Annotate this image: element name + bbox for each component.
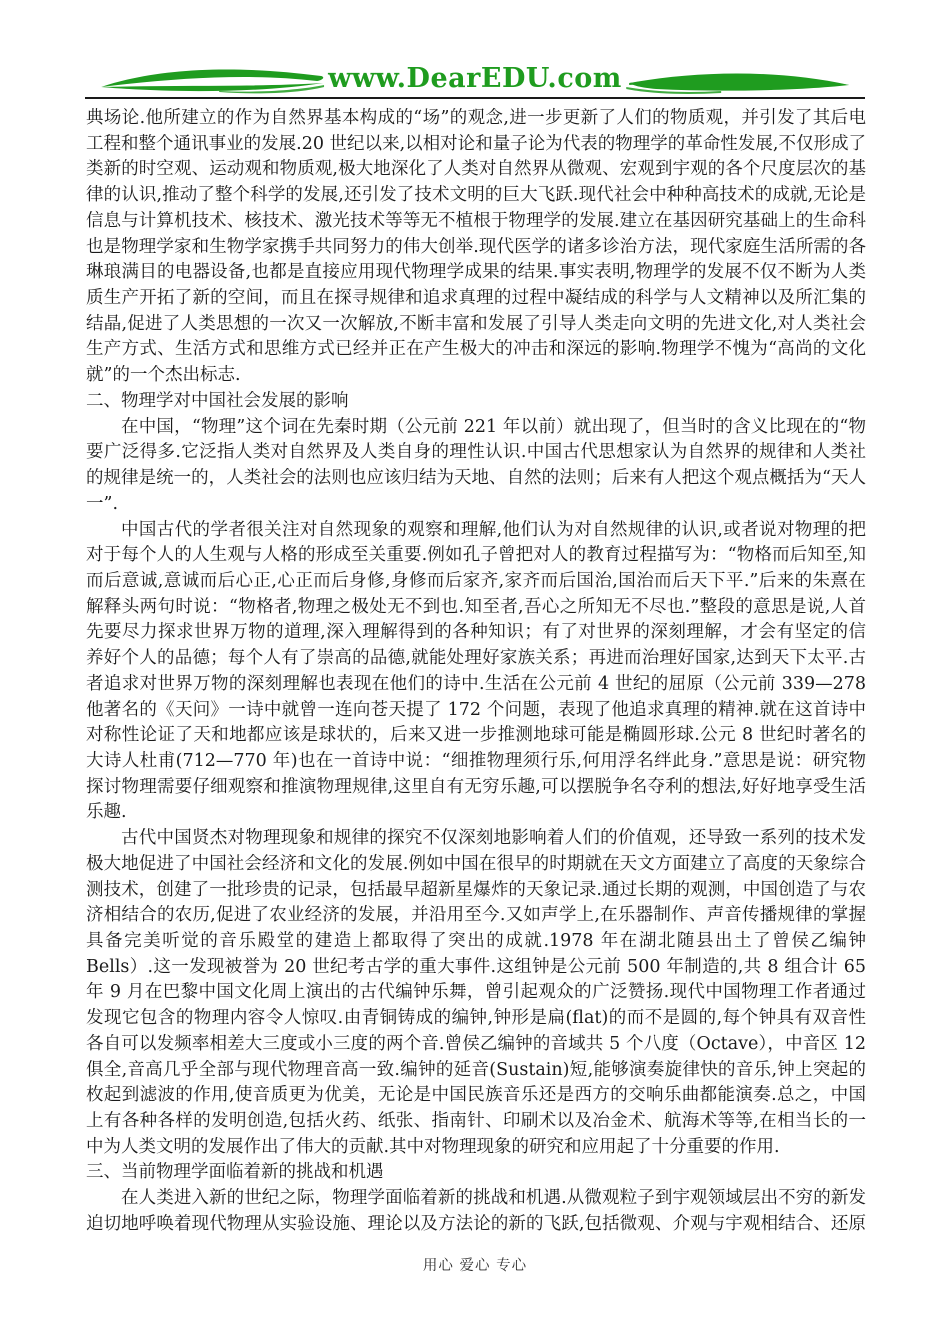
text-line: 中为人类文明的发展作出了伟大的贡献.其中对物理现象的研究和应用起了十分重要的作用… xyxy=(86,1135,866,1161)
text-line: 要广泛得多.它泛指人类对自然界及人类自身的理性认识.中国古代思想家认为自然界的规… xyxy=(86,440,866,466)
text-line: 对于每个人的人生观与人格的形成至关重要.例如孔子曾把对人的教育过程描写为：“物格… xyxy=(86,543,866,569)
text-line: 对称性论证了天和地都应该是球状的，后来又进一步推测地球可能是椭圆形球.公元 8 … xyxy=(86,723,866,749)
logo-text: www.DearEDU.com xyxy=(328,64,622,94)
text-line: 在中国，“物理”这个词在先秦时期（公元前 221 年以前）就出现了，但当时的含义… xyxy=(86,415,866,441)
text-line: 俱全,音高几乎全部与现代物理音高一致.编钟的延音(Sustain)短,能够演奏旋… xyxy=(86,1058,866,1084)
text-line: 古代中国贤杰对物理现象和规律的探究不仅深刻地影响着人们的价值观，还导致一系列的技… xyxy=(86,826,866,852)
text-line: 解释头两句时说：“物格者,物理之极处无不到也.知至者,吾心之所知无不尽也.”整段… xyxy=(86,595,866,621)
text-line: 上有各种各样的发明创造,包括火药、纸张、指南针、印刷术以及冶金术、航海术等等,在… xyxy=(86,1109,866,1135)
text-line: 质生产开拓了新的空间，而且在探寻规律和追求真理的过程中凝结成的科学与人文精神以及… xyxy=(86,286,866,312)
text-line: 中国古代的学者很关注对自然现象的观察和理解,他们认为对自然规律的认识,或者说对物… xyxy=(86,518,866,544)
text-line: 具备完美听觉的音乐殿堂的建造上都取得了突出的成就.1978 年在湖北随县出土了曾… xyxy=(86,929,866,955)
text-line: 一”. xyxy=(86,492,866,518)
text-line: 养好个人的品德；每个人有了崇高的品德,就能处理好家族关系；再进而治理好国家,达到… xyxy=(86,646,866,672)
document-page: www.DearEDU.com 典场论.他所建立的作为自然界基本构成的“场”的观… xyxy=(0,0,950,1344)
logo-left-swoosh-icon xyxy=(99,63,324,95)
text-line: 工程和整个通讯事业的发展.20 世纪以来,以相对论和量子论为代表的物理学的革命性… xyxy=(86,132,866,158)
header-rule xyxy=(85,97,865,99)
text-line: 迫切地呼唤着现代物理从实验设施、理论以及方法论的新的飞跃,包括微观、介观与宇观相… xyxy=(86,1212,866,1238)
text-line: 探讨物理需要仔细观察和推演物理规律,这里自有无穷乐趣,可以摆脱争名夺利的想法,好… xyxy=(86,775,866,801)
text-line: 的规律是统一的，人类社会的法则也应该归结为天地、自然的法则；后来有人把这个观点概… xyxy=(86,466,866,492)
text-line: 信息与计算机技术、核技术、激光技术等等无不植根于物理学的发展.建立在基因研究基础… xyxy=(86,209,866,235)
page-footer: 用心 爱心 专心 xyxy=(0,1254,950,1275)
section-heading: 三、当前物理学面临着新的挑战和机遇 xyxy=(86,1160,866,1186)
section-heading: 二、物理学对中国社会发展的影响 xyxy=(86,389,866,415)
text-line: 极大地促进了中国社会经济和文化的发展.例如中国在很早的时期就在天文方面建立了高度… xyxy=(86,852,866,878)
text-line: 枚起到滤波的作用,使音质更为优美，无论是中国民族音乐还是西方的交响乐曲都能演奏.… xyxy=(86,1083,866,1109)
text-line: 他著名的《天问》一诗中就曾一连向苍天提了 172 个问题，表现了他追求真理的精神… xyxy=(86,698,866,724)
text-line: 济相结合的农历,促进了农业经济的发展，并沿用至今.又如声学上,在乐器制作、声音传… xyxy=(86,903,866,929)
text-line: 结晶,促进了人类思想的一次又一次解放,不断丰富和发展了引导人类走向文明的先进文化… xyxy=(86,312,866,338)
text-line: 也是物理学家和生物学家携手共同努力的伟大创举.现代医学的诸多诊治方法，现代家庭生… xyxy=(86,235,866,261)
text-line: 琳琅满目的电器设备,也都是直接应用现代物理学成果的结果.事实表明,物理学的发展不… xyxy=(86,260,866,286)
text-line: 发现它包含的物理内容令人惊叹.由青铜铸成的编钟,钟形是扁(flat)的而不是圆的… xyxy=(86,1006,866,1032)
text-line: 各自可以发频率相差大三度或小三度的两个音.曾侯乙编钟的音域共 5 个八度（Oct… xyxy=(86,1032,866,1058)
logo-right-swoosh-icon xyxy=(626,63,851,95)
text-line: 就”的一个杰出标志. xyxy=(86,363,866,389)
text-line: 律的认识,推动了整个科学的发展,还引发了技术文明的巨大飞跃.现代社会中种种高技术… xyxy=(86,183,866,209)
text-line: 先要尽力探求世界万物的道理,深入理解得到的各种知识；有了对世界的深刻理解，才会有… xyxy=(86,620,866,646)
text-line: Bells）.这一发现被誉为 20 世纪考古学的重大事件.这组钟是公元前 500… xyxy=(86,955,866,981)
text-line: 在人类进入新的世纪之际，物理学面临着新的挑战和机遇.从微观粒子到宇观领域层出不穷… xyxy=(86,1186,866,1212)
dear-edu-logo: www.DearEDU.com xyxy=(99,63,851,95)
text-line: 者追求对世界万物的深刻理解也表现在他们的诗中.生活在公元前 4 世纪的屈原（公元… xyxy=(86,672,866,698)
text-line: 类新的时空观、运动观和物质观,极大地深化了人类对自然界从微观、宏观到宇观的各个尺… xyxy=(86,157,866,183)
page-header: www.DearEDU.com xyxy=(0,0,950,104)
text-line: 测技术，创建了一批珍贵的记录，包括最早超新星爆炸的天象记录.通过长期的观测，中国… xyxy=(86,878,866,904)
footer-text: 用心 爱心 专心 xyxy=(423,1258,527,1274)
text-line: 乐趣. xyxy=(86,800,866,826)
document-body: 典场论.他所建立的作为自然界基本构成的“场”的观念,进一步更新了人们的物质观，并… xyxy=(86,106,866,1238)
text-line: 年 9 月在巴黎中国文化周上演出的古代编钟乐舞，曾引起观众的广泛赞扬.现代中国物… xyxy=(86,980,866,1006)
text-line: 而后意诚,意诚而后心正,心正而后身修,身修而后家齐,家齐而后国治,国治而后天下平… xyxy=(86,569,866,595)
text-line: 大诗人杜甫(712—770 年)也在一首诗中说：“细推物理须行乐,何用浮名绊此身… xyxy=(86,749,866,775)
text-line: 生产方式、生活方式和思维方式已经并正在产生极大的冲击和深远的影响.物理学不愧为“… xyxy=(86,337,866,363)
text-line: 典场论.他所建立的作为自然界基本构成的“场”的观念,进一步更新了人们的物质观，并… xyxy=(86,106,866,132)
